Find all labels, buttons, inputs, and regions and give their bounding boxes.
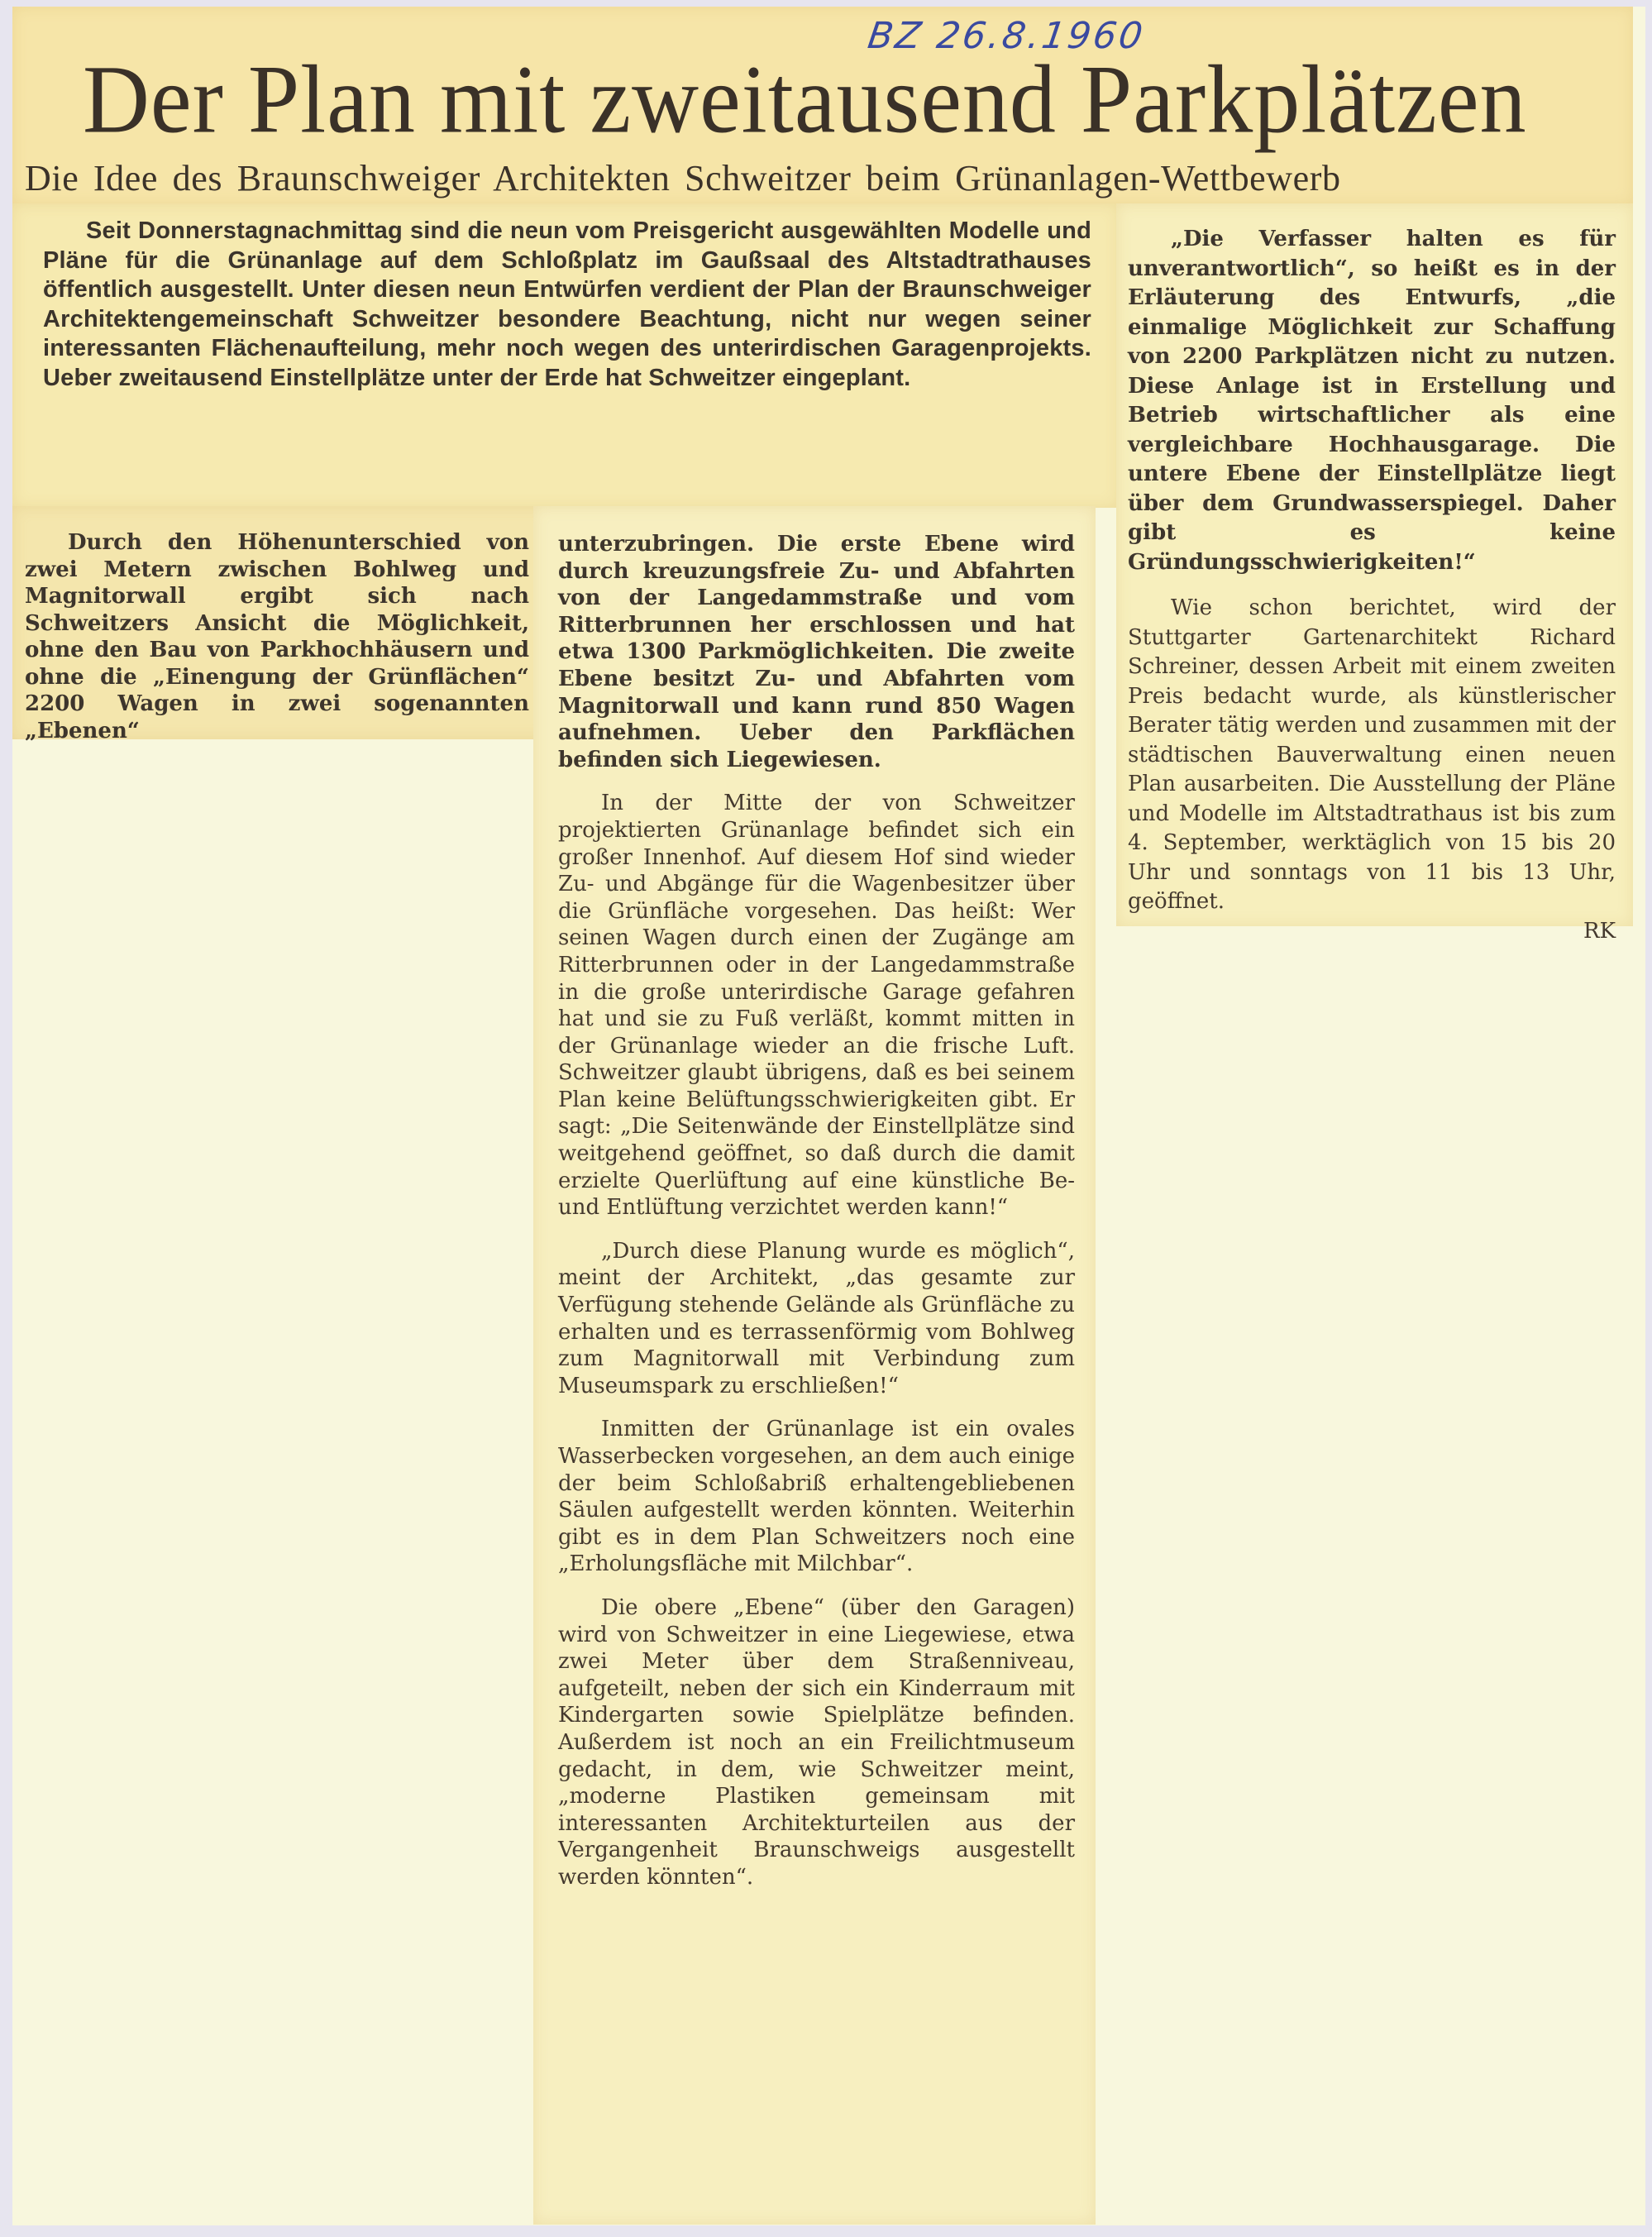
headline: Der Plan mit zweitausend Parkplätzen [83,50,1571,151]
paragraph: Wie schon berichtet, wird der Stuttgarte… [1128,594,1616,917]
lead-paragraph: Seit Donnerstagnachmittag sind die neun … [43,217,1091,393]
middle-column: unterzubringen. Die erste Ebene wird dur… [558,531,1075,1891]
lead-text: Seit Donnerstagnachmittag sind die neun … [43,217,1091,393]
paragraph: unterzubringen. Die erste Ebene wird dur… [558,531,1075,773]
paragraph: Inmitten der Grünanlage ist ein ovales W… [558,1416,1075,1578]
paragraph: Die obere „Ebene“ (über den Garagen) wir… [558,1594,1075,1891]
paragraph: In der Mitte der von Schweitzer projekti… [558,790,1075,1221]
left-column: Durch den Höhenunterschied von zwei Mete… [25,529,529,744]
paragraph: „Durch diese Planung wurde es möglich“, … [558,1238,1075,1400]
paragraph: „Die Verfasser halten es für unverantwor… [1128,225,1616,577]
right-column: „Die Verfasser halten es für unverantwor… [1128,225,1616,946]
paragraph: Durch den Höhenunterschied von zwei Mete… [25,529,529,744]
author-signature: RK [1128,917,1616,947]
subheadline: Die Idee des Braunschweiger Architekten … [25,157,1645,199]
